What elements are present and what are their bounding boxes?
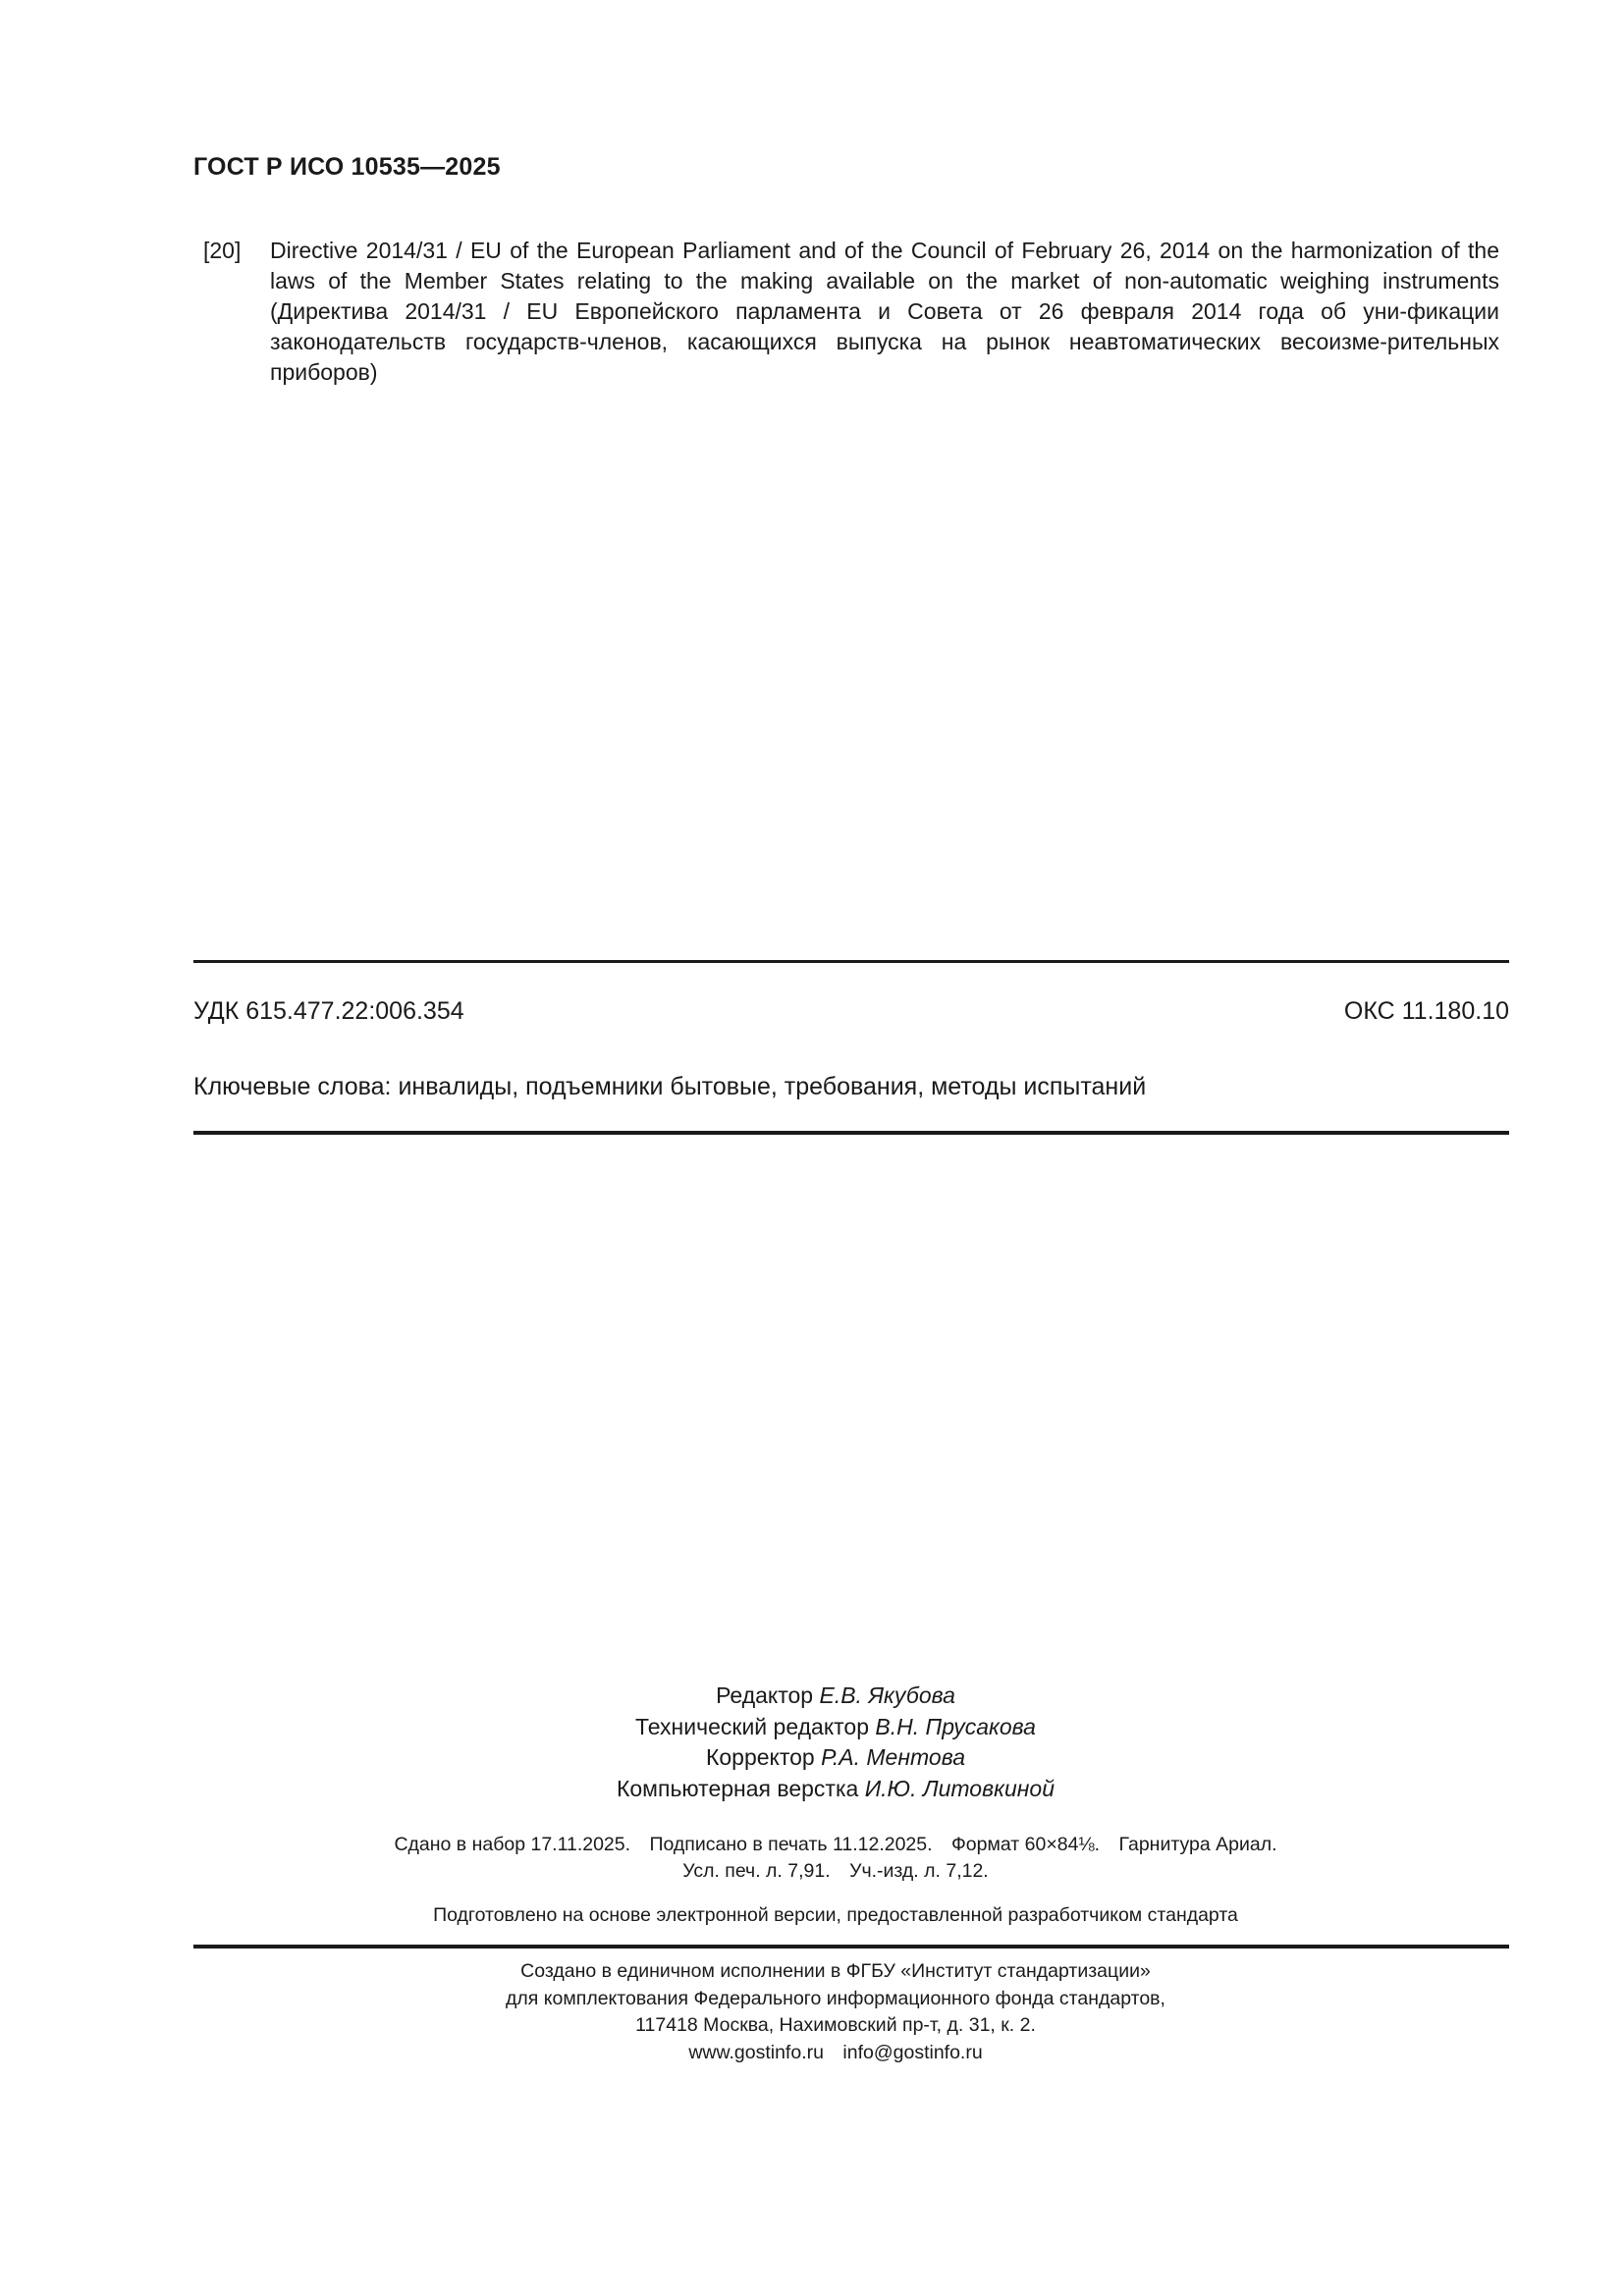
reference-number: [20] xyxy=(203,236,241,266)
keywords: Ключевые слова: инвалиды, подъемники быт… xyxy=(193,1073,1146,1101)
publisher-info: Создано в единичном исполнении в ФГБУ «И… xyxy=(0,1958,1624,2066)
prepared-note: Подготовлено на основе электронной верси… xyxy=(0,1904,1624,1927)
editorial-credits: Редактор Е.В. Якубова Технический редакт… xyxy=(0,1681,1624,1804)
credit-line: Компьютерная верстка И.Ю. Литовкиной xyxy=(47,1774,1624,1805)
udk-code: УДК 615.477.22:006.354 xyxy=(193,997,464,1026)
publisher-line-2: для комплектования Федерального информац… xyxy=(47,1986,1624,2013)
credit-line: Корректор Р.А. Ментова xyxy=(47,1742,1624,1774)
publisher-line-1: Создано в единичном исполнении в ФГБУ «И… xyxy=(47,1958,1624,1986)
document-header-title: ГОСТ Р ИСО 10535—2025 xyxy=(193,153,501,182)
credit-line: Технический редактор В.Н. Прусакова xyxy=(47,1712,1624,1743)
imprint-line-1: Сдано в набор 17.11.2025. Подписано в пе… xyxy=(47,1832,1624,1858)
oks-code: ОКС 11.180.10 xyxy=(1344,997,1509,1026)
divider-top xyxy=(193,960,1509,963)
credit-line: Редактор Е.В. Якубова xyxy=(47,1681,1624,1712)
email-link[interactable]: info@gostinfo.ru xyxy=(842,2042,982,2063)
publisher-contacts: www.gostinfo.ru info@gostinfo.ru xyxy=(47,2040,1624,2067)
publisher-address: 117418 Москва, Нахимовский пр-т, д. 31, … xyxy=(47,2012,1624,2040)
reference-text: Directive 2014/31 / EU of the European P… xyxy=(270,236,1499,388)
website-link[interactable]: www.gostinfo.ru xyxy=(688,2042,824,2063)
imprint-line-2: Усл. печ. л. 7,91. Уч.-изд. л. 7,12. xyxy=(47,1858,1624,1885)
divider-bottom xyxy=(193,1945,1509,1949)
divider-middle xyxy=(193,1131,1509,1135)
print-imprint: Сдано в набор 17.11.2025. Подписано в пе… xyxy=(0,1832,1624,1885)
